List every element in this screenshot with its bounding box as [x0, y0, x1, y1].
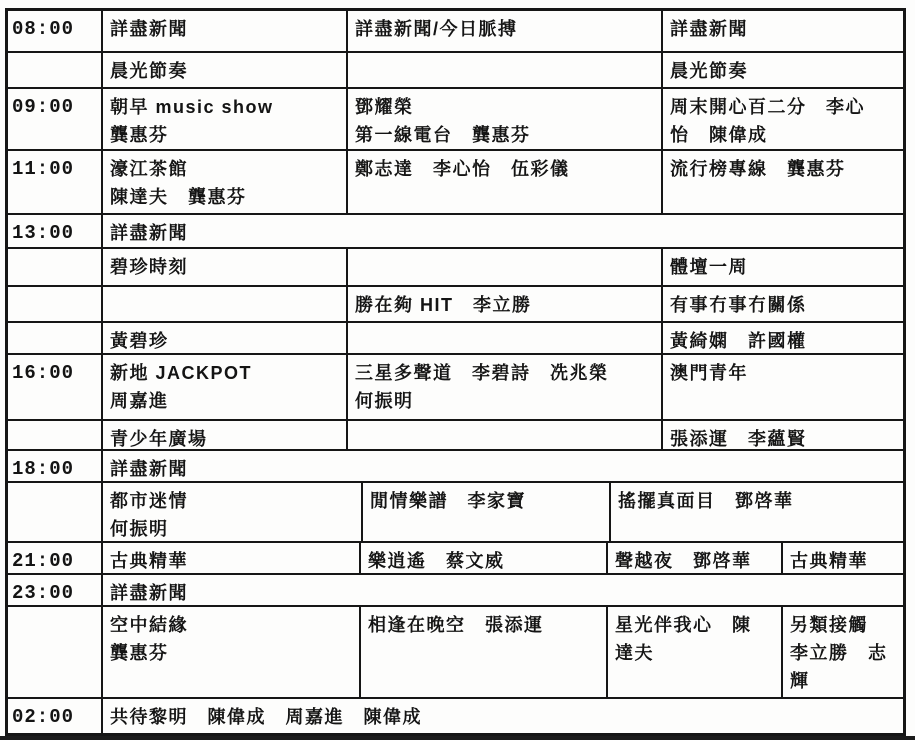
time-cell [8, 323, 101, 353]
program-cell: 詳盡新聞 [101, 575, 903, 605]
schedule-row: 晨光節奏 晨光節奏 [8, 51, 903, 87]
program-cell: 濠江茶館 陳達夫 龔惠芬 [101, 151, 346, 213]
time-cell: 11:00 [8, 151, 101, 213]
time-cell: 08:00 [8, 11, 101, 51]
program-cell: 詳盡新聞 [101, 11, 346, 51]
time-cell: 13:00 [8, 215, 101, 247]
program-cell: 三星多聲道 李碧詩 冼兆榮 何振明 [346, 355, 661, 419]
scanned-schedule-page: 08:00 詳盡新聞 詳盡新聞/今日脈搏 詳盡新聞 晨光節奏 晨光節奏 09:0… [0, 0, 915, 740]
program-cell: 詳盡新聞 [101, 451, 903, 481]
program-cell: 鄧耀榮 第一線電台 龔惠芬 [346, 89, 661, 149]
program-cell: 黃碧珍 [101, 323, 346, 353]
program-cell: 詳盡新聞 [101, 215, 903, 247]
schedule-row: 08:00 詳盡新聞 詳盡新聞/今日脈搏 詳盡新聞 [8, 11, 903, 51]
scan-edge-artifact [0, 736, 915, 740]
time-cell: 18:00 [8, 451, 101, 481]
schedule-row: 09:00 朝早 music show 龔惠芬 鄧耀榮 第一線電台 龔惠芬 周末… [8, 87, 903, 149]
programme-schedule-table: 08:00 詳盡新聞 詳盡新聞/今日脈搏 詳盡新聞 晨光節奏 晨光節奏 09:0… [5, 8, 906, 736]
time-cell: 21:00 [8, 543, 101, 573]
schedule-row: 空中結緣 龔惠芬 相逢在晚空 張添運 星光伴我心 陳 達夫 另類接觸 李立勝 志… [8, 605, 903, 697]
program-cell: 朝早 music show 龔惠芬 [101, 89, 346, 149]
program-cell: 相逢在晚空 張添運 [359, 607, 606, 697]
program-cell: 碧珍時刻 [101, 249, 346, 285]
program-cell: 都市迷情 何振明 [101, 483, 361, 541]
empty-cell [101, 287, 346, 321]
time-cell [8, 287, 101, 321]
program-cell: 有事冇事冇關係 [661, 287, 903, 321]
program-cell: 星光伴我心 陳 達夫 [606, 607, 781, 697]
program-cell: 古典精華 [781, 543, 903, 573]
time-cell [8, 483, 101, 541]
time-cell: 09:00 [8, 89, 101, 149]
schedule-row: 都市迷情 何振明 閒情樂譜 李家寶 搖擺真面目 鄧啓華 [8, 481, 903, 541]
empty-cell [346, 323, 661, 353]
schedule-row: 16:00 新地 JACKPOT 周嘉進 三星多聲道 李碧詩 冼兆榮 何振明 澳… [8, 353, 903, 419]
schedule-row: 青少年廣場 張添運 李蘊賢 [8, 419, 903, 449]
program-cell: 黃綺嫻 許國權 [661, 323, 903, 353]
empty-cell [346, 249, 661, 285]
program-cell: 青少年廣場 [101, 421, 346, 449]
schedule-row: 勝在夠 HIT 李立勝 有事冇事冇關係 [8, 285, 903, 321]
program-cell: 詳盡新聞 [661, 11, 903, 51]
empty-cell [346, 421, 661, 449]
program-cell: 流行榜專線 龔惠芬 [661, 151, 903, 213]
program-cell: 周末開心百二分 李心 怡 陳偉成 [661, 89, 903, 149]
program-cell: 鄭志達 李心怡 伍彩儀 [346, 151, 661, 213]
time-cell [8, 607, 101, 697]
time-cell [8, 421, 101, 449]
program-cell: 澳門青年 [661, 355, 903, 419]
program-cell: 樂逍遙 蔡文威 [359, 543, 606, 573]
time-cell: 23:00 [8, 575, 101, 605]
program-cell: 晨光節奏 [661, 53, 903, 87]
schedule-row: 18:00 詳盡新聞 [8, 449, 903, 481]
program-cell: 新地 JACKPOT 周嘉進 [101, 355, 346, 419]
program-cell: 勝在夠 HIT 李立勝 [346, 287, 661, 321]
schedule-row: 13:00 詳盡新聞 [8, 213, 903, 247]
schedule-row: 23:00 詳盡新聞 [8, 573, 903, 605]
schedule-row: 02:00 共待黎明 陳偉成 周嘉進 陳偉成 [8, 697, 903, 733]
program-cell: 共待黎明 陳偉成 周嘉進 陳偉成 [101, 699, 903, 733]
program-cell: 空中結緣 龔惠芬 [101, 607, 359, 697]
empty-cell [346, 53, 661, 87]
time-cell [8, 249, 101, 285]
program-cell: 詳盡新聞/今日脈搏 [346, 11, 661, 51]
program-cell: 閒情樂譜 李家寶 [361, 483, 609, 541]
program-cell: 晨光節奏 [101, 53, 346, 87]
program-cell: 張添運 李蘊賢 [661, 421, 903, 449]
schedule-row: 11:00 濠江茶館 陳達夫 龔惠芬 鄭志達 李心怡 伍彩儀 流行榜專線 龔惠芬 [8, 149, 903, 213]
program-cell: 搖擺真面目 鄧啓華 [609, 483, 903, 541]
schedule-row: 碧珍時刻 體壇一周 [8, 247, 903, 285]
program-cell: 古典精華 [101, 543, 359, 573]
program-cell: 體壇一周 [661, 249, 903, 285]
time-cell: 16:00 [8, 355, 101, 419]
schedule-row: 黃碧珍 黃綺嫻 許國權 [8, 321, 903, 353]
time-cell: 02:00 [8, 699, 101, 733]
program-cell: 另類接觸 李立勝 志 輝 [781, 607, 903, 697]
time-cell [8, 53, 101, 87]
program-cell: 聲越夜 鄧啓華 [606, 543, 781, 573]
schedule-row: 21:00 古典精華 樂逍遙 蔡文威 聲越夜 鄧啓華 古典精華 [8, 541, 903, 573]
